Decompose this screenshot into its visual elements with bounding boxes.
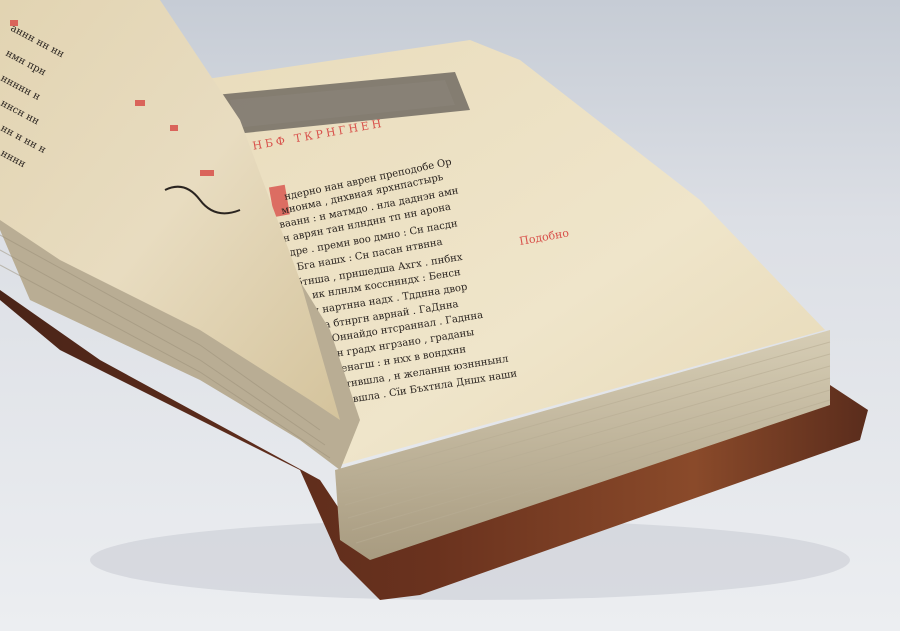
book-photo: ОЕНБФ ТКРНГНЕН ндерно нан аврен преподоб… xyxy=(0,0,900,631)
book-illustration: ОЕНБФ ТКРНГНЕН ндерно нан аврен преподоб… xyxy=(0,0,900,631)
